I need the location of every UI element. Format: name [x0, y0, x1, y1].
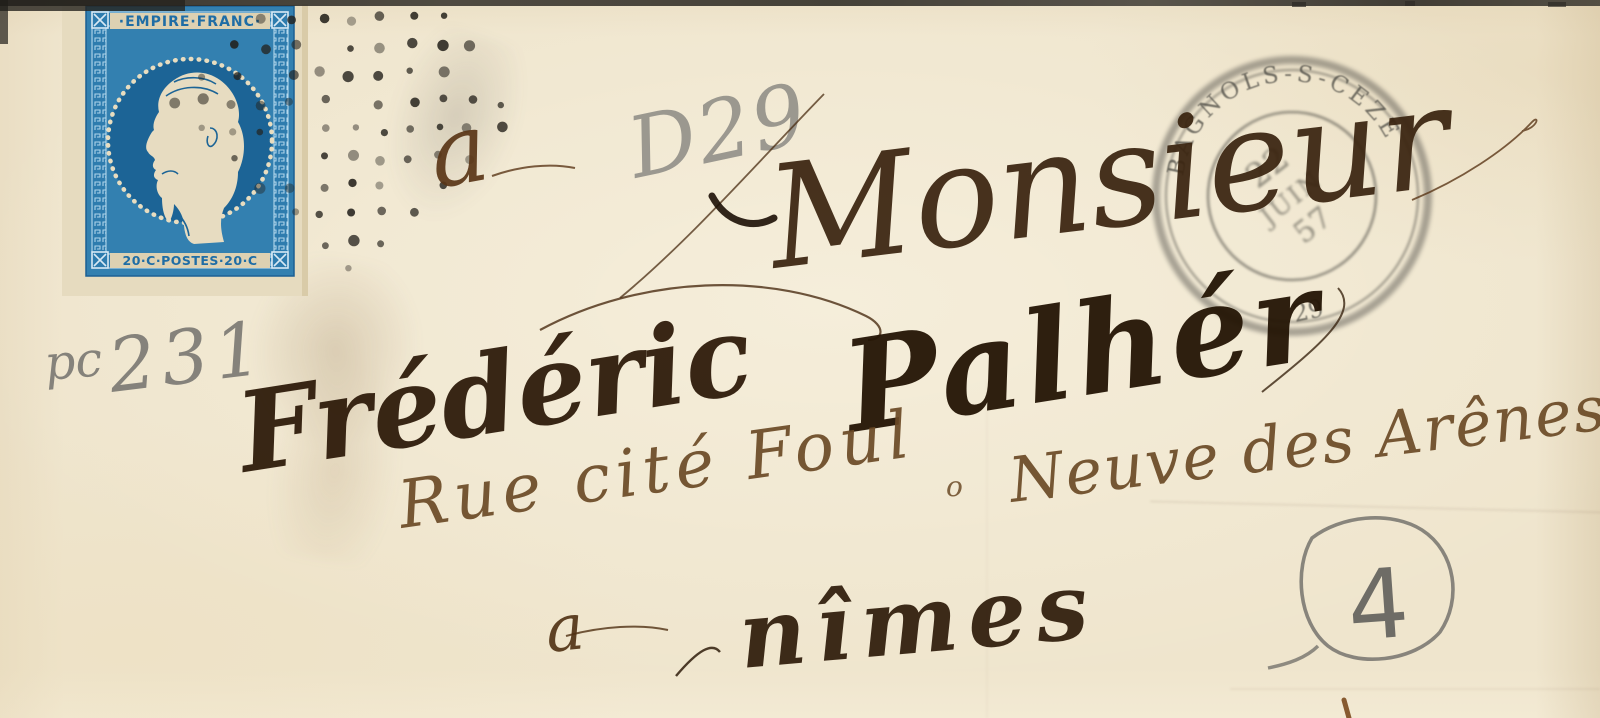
handwritten-city-prefix: a [542, 590, 588, 668]
handwritten-city: nîmes [735, 551, 1103, 690]
a-flourish [492, 166, 575, 176]
handwritten-monsieur: Monsieur [756, 54, 1465, 302]
pencil-circled-4: 4 [1268, 518, 1453, 668]
street-separator-mark: o [946, 470, 963, 503]
ink-comma-mark [712, 196, 774, 223]
letter-scan: { "stamp": { "top_inscription": "·EMPIRE… [0, 0, 1600, 718]
circled-number: 4 [1344, 547, 1413, 663]
pencil-note-pc: pc [42, 331, 104, 392]
bottom-ink-mark [1344, 700, 1349, 718]
city-lead-stroke [676, 648, 720, 676]
handwritten-a: a [421, 90, 497, 210]
